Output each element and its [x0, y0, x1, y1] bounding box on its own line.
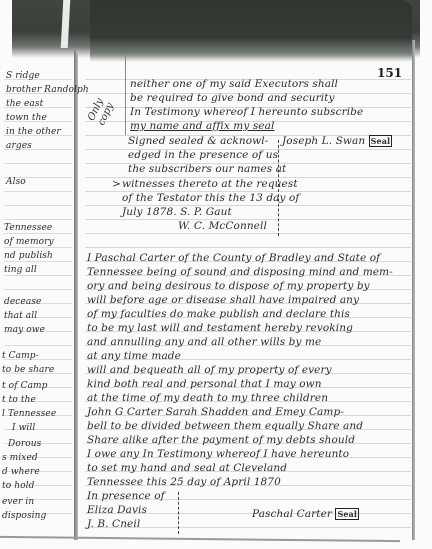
left-line: the east [6, 98, 43, 112]
attestation-line: Signed sealed & acknowl- [128, 135, 268, 149]
page-right-edge [412, 40, 415, 540]
will-line: of my faculties do make publish and decl… [87, 308, 350, 322]
attestation-line: of the Testator this the 13 day of [122, 192, 299, 206]
attestation-line: July 1878. S. P. Gaut [122, 206, 232, 220]
will-line: ory and being desirous to dispose of my … [87, 280, 370, 294]
text-line: my name and affix my seal [130, 120, 274, 134]
left-line: S ridge [6, 70, 40, 84]
left-line: disposing [2, 510, 46, 524]
attestation-line: edged in the presence of us [128, 149, 278, 163]
left-line: ever in [2, 496, 34, 510]
left-line: that all [4, 310, 37, 324]
left-line: brother Randolph [6, 84, 89, 98]
will-line: to set my hand and seal at Cleveland [87, 462, 287, 476]
left-line: nd publish [4, 250, 53, 264]
seal-box: Seal [369, 135, 393, 147]
page-bottom-edge [0, 536, 400, 542]
text-line: neither one of my said Executors shall [130, 78, 338, 92]
left-line: of memory [4, 236, 54, 250]
left-line: Dorous [8, 438, 41, 452]
will-line: John G Carter Sarah Shadden and Emey Cam… [87, 406, 344, 420]
text-line: In Testimony whereof I hereunto subscrib… [130, 106, 363, 120]
witness-bracket [178, 492, 179, 534]
left-line: arges [6, 140, 32, 154]
left-line: town the [6, 112, 47, 126]
page-number: 151 [377, 66, 402, 80]
margin-rule [125, 55, 126, 135]
signature-name: Joseph L. Swan [282, 135, 365, 147]
seal-box: Seal [335, 508, 359, 520]
left-line: Also [6, 176, 26, 190]
testator-signature-1: Joseph L. Swan Seal [282, 135, 392, 149]
scanner-shadow-right [90, 0, 412, 62]
left-line: to be share [2, 364, 54, 378]
witness-name: J. B. Cneil [87, 518, 140, 532]
left-line: I will [12, 422, 35, 436]
will-line: will and bequeath all of my property of … [87, 364, 332, 378]
text-line: be required to give bond and security [130, 92, 335, 106]
will-line: will before age or disease shall have im… [87, 294, 359, 308]
attestation-line: the subscribers our names at [128, 163, 286, 177]
will-line: to be my last will and testament hereby … [87, 322, 353, 336]
attestation-arrow: > [112, 178, 121, 192]
will-line: Tennessee this 25 day of April 1870 [87, 476, 281, 490]
left-line: d where [2, 466, 40, 480]
will-line: I Paschal Carter of the County of Bradle… [87, 252, 380, 266]
left-line: t Camp- [2, 350, 39, 364]
left-line: ting all [4, 264, 37, 278]
witness-name: Eliza Davis [87, 504, 147, 518]
will-line: Share alike after the payment of my debt… [87, 434, 355, 448]
left-line: decease [4, 296, 41, 310]
scanned-page: S ridge brother Randolph the east town t… [0, 0, 432, 549]
will-line: Tennessee being of sound and disposing m… [87, 266, 393, 280]
left-line: Tennessee [4, 222, 52, 236]
left-line: s mixed [2, 452, 38, 466]
left-line: t to the [2, 394, 36, 408]
will-line: kind both real and personal that I may o… [87, 378, 322, 392]
testator-signature-2: Paschal Carter Seal [252, 508, 359, 522]
left-line: in the other [6, 126, 61, 140]
signature-name: Paschal Carter [252, 508, 332, 520]
will-line: at the time of my death to my three chil… [87, 392, 328, 406]
attestation-line: witnesses thereto at the request [122, 178, 298, 192]
will-line: and annulling any and all other wills by… [87, 336, 321, 350]
page-gutter [74, 50, 78, 540]
left-line: t of Camp [2, 380, 48, 394]
attestation-bracket [278, 140, 279, 236]
witness-signature: W. C. McConnell [178, 220, 267, 234]
will-line: at any time made [87, 350, 181, 364]
will-line: bell to be divided between them equally … [87, 420, 363, 434]
left-line: to hold [2, 480, 34, 494]
left-line: l Tennessee [2, 408, 56, 422]
left-line: may owe [4, 324, 45, 338]
witnesses-label: In presence of [87, 490, 165, 504]
will-line: I owe any In Testimony whereof I have he… [87, 448, 349, 462]
